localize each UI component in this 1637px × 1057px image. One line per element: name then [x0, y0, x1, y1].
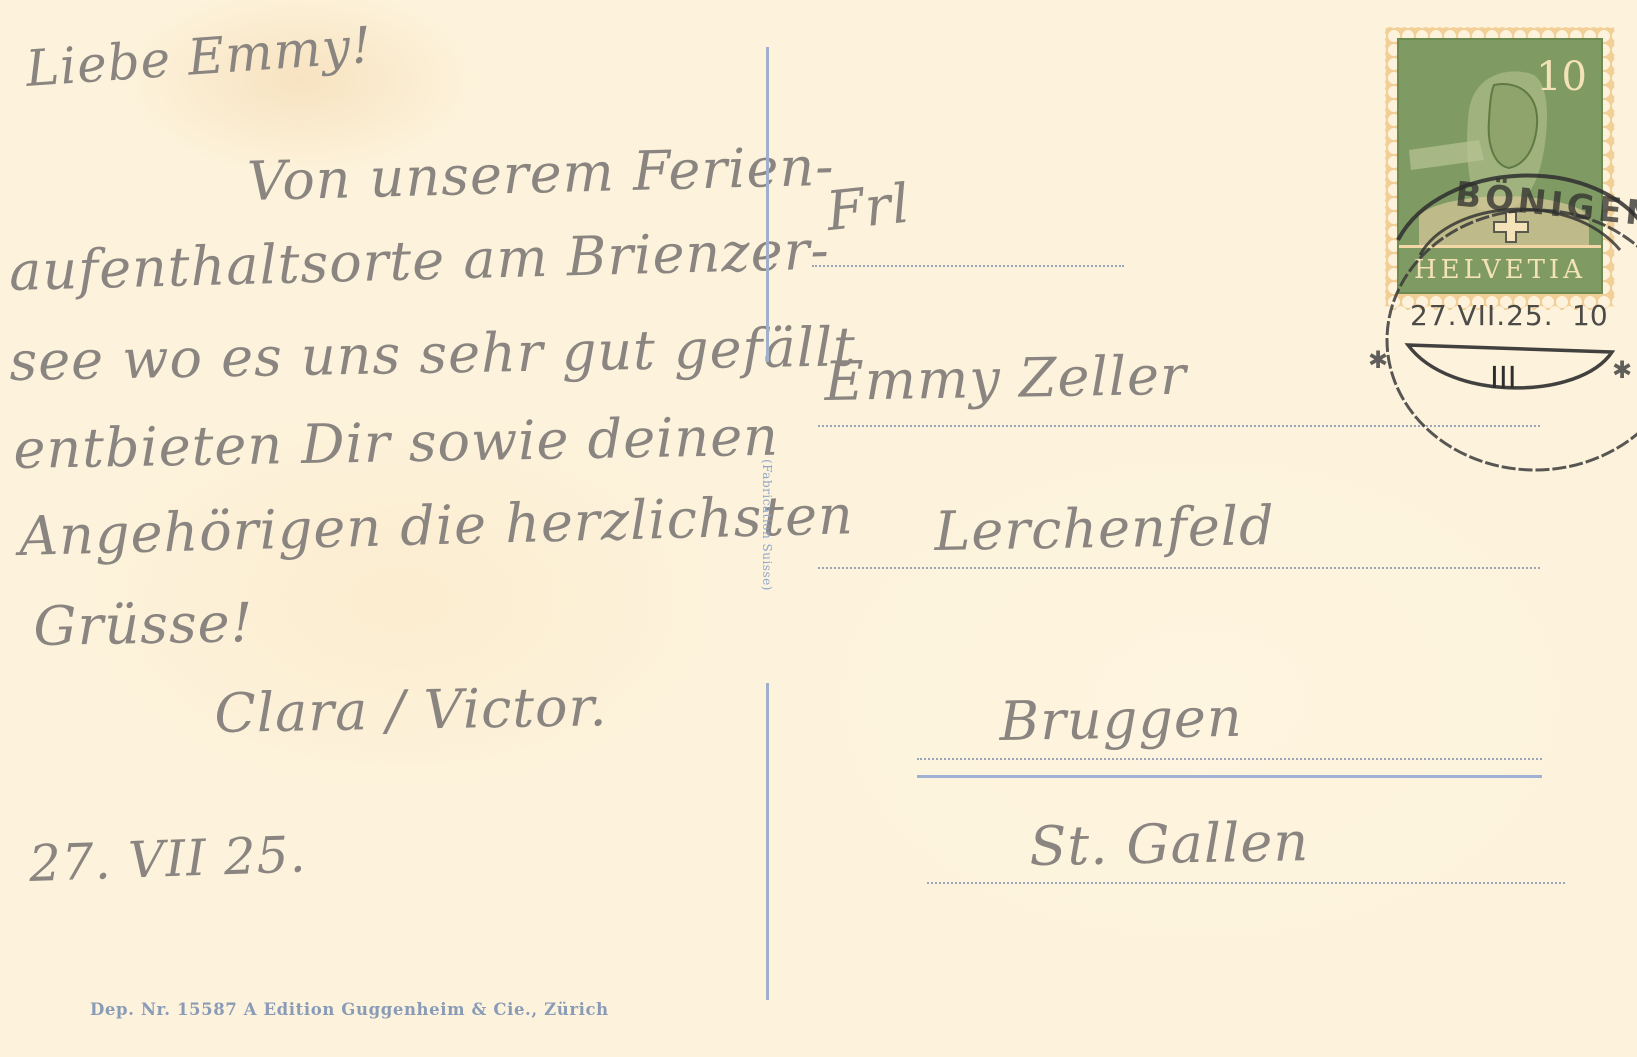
address-town: Bruggen: [999, 686, 1243, 753]
stamp-value: 10: [1536, 54, 1587, 100]
postmark-place: BÖNIGEN: [1453, 173, 1637, 235]
handwritten-date: 27. VII 25.: [28, 825, 307, 893]
address-line-3: [818, 567, 1540, 569]
message-line-5: Angehörigen die herzlichsten: [18, 483, 854, 568]
postmark-time: 10: [1572, 299, 1608, 332]
address-title: Frl: [823, 172, 913, 243]
center-divider-bottom: [766, 683, 769, 1000]
postmark-cancellation-icon: BÖNIGEN 27.VII.25. 10 III ✱ ✱: [1350, 140, 1637, 480]
message-line-4: entbieten Dir sowie deinen: [13, 405, 780, 481]
postmark-code: III: [1490, 361, 1517, 396]
address-underline: [917, 775, 1542, 778]
address-region: St. Gallen: [1029, 810, 1310, 878]
divider-label: (Fabrication Suisse): [757, 420, 777, 630]
message-line-6: Grüsse!: [33, 591, 254, 658]
address-street: Lerchenfeld: [934, 494, 1275, 563]
address-name: Emmy Zeller: [824, 344, 1187, 413]
message-line-1: Von unserem Ferien-: [246, 135, 835, 213]
message-line-3: see wo es uns sehr gut gefällt: [9, 315, 857, 393]
signature: Clara / Victor.: [214, 675, 608, 745]
salutation: Liebe Emmy!: [24, 16, 374, 98]
address-line-4: [917, 758, 1542, 760]
center-divider-top: [766, 47, 769, 362]
postmark-date: 27.VII.25.: [1410, 299, 1554, 332]
publisher-footer: Dep. Nr. 15587 A Edition Guggenheim & Ci…: [90, 1000, 609, 1019]
address-line-5: [927, 882, 1565, 884]
postmark-star-left-icon: ✱: [1368, 346, 1388, 374]
postmark-star-right-icon: ✱: [1612, 356, 1632, 384]
address-line-1: [812, 265, 1124, 267]
message-line-2: aufenthaltsorte am Brienzer-: [8, 219, 830, 303]
